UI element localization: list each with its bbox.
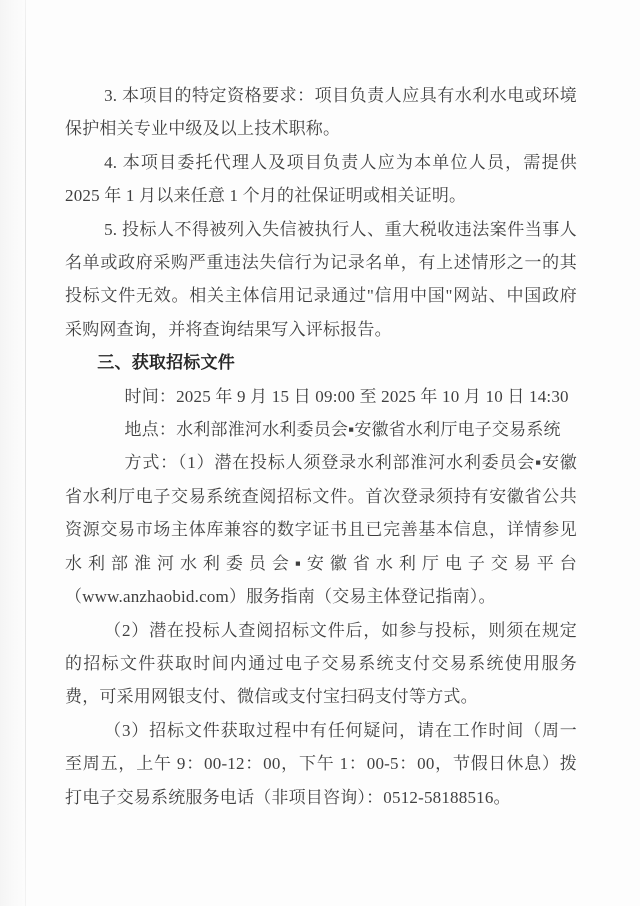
obtain-location-line: 地点：水利部淮河水利委员会▪安徽省水利厅电子交易系统: [65, 413, 577, 446]
document-page: 3. 本项目的特定资格要求：项目负责人应具有水利水电或环境保护相关专业中级及以上…: [0, 0, 640, 906]
obtain-method-item-3: （3）招标文件获取过程中有任何疑问，请在工作时间（周一至周五，上午 9：00-1…: [65, 714, 577, 814]
qualification-clause-3: 3. 本项目的特定资格要求：项目负责人应具有水利水电或环境保护相关专业中级及以上…: [65, 79, 577, 146]
scan-edge-shading: [0, 0, 25, 906]
obtain-method-item-2: （2）潜在投标人查阅招标文件后，如参与投标，则须在规定的招标文件获取时间内通过电…: [65, 614, 577, 714]
document-content: 3. 本项目的特定资格要求：项目负责人应具有水利水电或环境保护相关专业中级及以上…: [65, 79, 577, 814]
obtain-method-item-1: 方式：（1）潜在投标人须登录水利部淮河水利委员会▪安徽省水利厅电子交易系统查阅招…: [65, 446, 577, 613]
credit-record-clause-5: 5. 投标人不得被列入失信被执行人、重大税收违法案件当事人名单或政府采购严重违法…: [65, 213, 577, 347]
agent-clause-4: 4. 本项目委托代理人及项目负责人应为本单位人员，需提供 2025 年 1 月以…: [65, 146, 577, 213]
section-heading-obtain-documents: 三、获取招标文件: [65, 346, 577, 379]
obtain-time-line: 时间：2025 年 9 月 15 日 09:00 至 2025 年 10 月 1…: [65, 380, 577, 413]
page-left-edge-line: [25, 0, 26, 906]
